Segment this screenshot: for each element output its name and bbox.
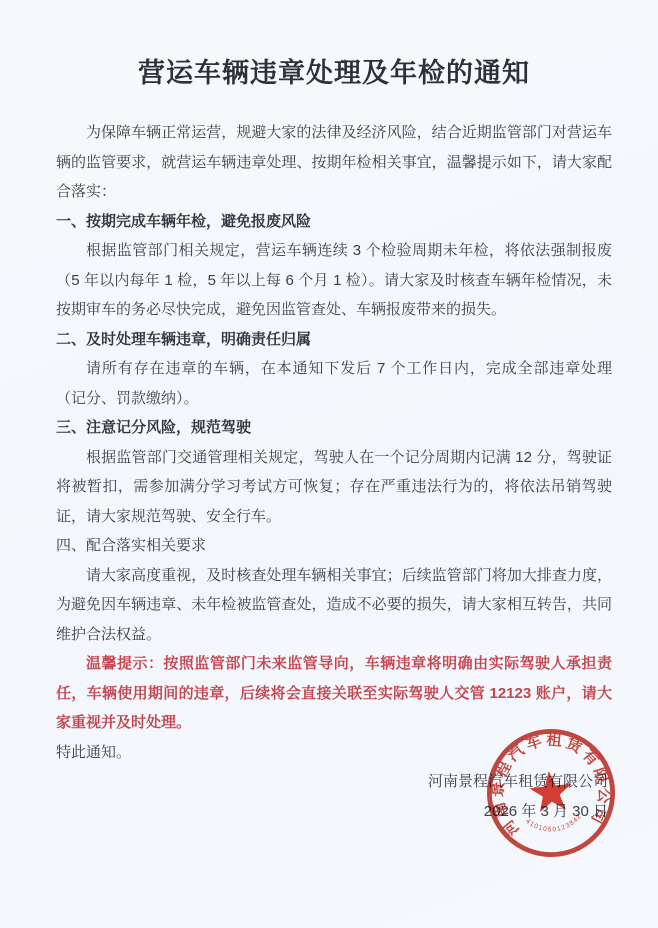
- section-3-heading: 三、注意记分风险，规范驾驶: [56, 413, 612, 443]
- intro-paragraph: 为保障车辆正常运营，规避大家的法律及经济风险，结合近期监管部门对营运车辆的监管要…: [56, 118, 612, 207]
- notice-document: 营运车辆违章处理及年检的通知 为保障车辆正常运营，规避大家的法律及经济风险，结合…: [0, 0, 658, 928]
- document-body: 为保障车辆正常运营，规避大家的法律及经济风险，结合近期监管部门对营运车辆的监管要…: [56, 118, 612, 767]
- seal-serial-number: 4101050123842: [524, 812, 585, 836]
- section-4-heading: 四、配合落实相关要求: [56, 531, 612, 561]
- section-1-heading: 一、按期完成车辆年检，避免报废风险: [56, 207, 612, 237]
- section-1-body: 根据监管部门相关规定，营运车辆连续 3 个检验周期未年检，将依法强制报废（5 年…: [56, 236, 612, 325]
- star-icon: [528, 769, 574, 813]
- company-seal-stamp: 河南景程汽车租赁有限公司 4101050123842: [466, 708, 635, 877]
- page-title: 营运车辆违章处理及年检的通知: [56, 56, 612, 91]
- section-2-body: 请所有存在违章的车辆，在本通知下发后 7 个工作日内，完成全部违章处理（记分、罚…: [56, 354, 612, 413]
- section-3-body: 根据监管部门交通管理相关规定，驾驶人在一个记分周期内记满 12 分，驾驶证将被暂…: [56, 443, 612, 532]
- section-4-body: 请大家高度重视，及时核查处理车辆相关事宜；后续监管部门将加大排查力度，为避免因车…: [56, 561, 612, 650]
- section-2-heading: 二、及时处理车辆违章，明确责任归属: [56, 325, 612, 355]
